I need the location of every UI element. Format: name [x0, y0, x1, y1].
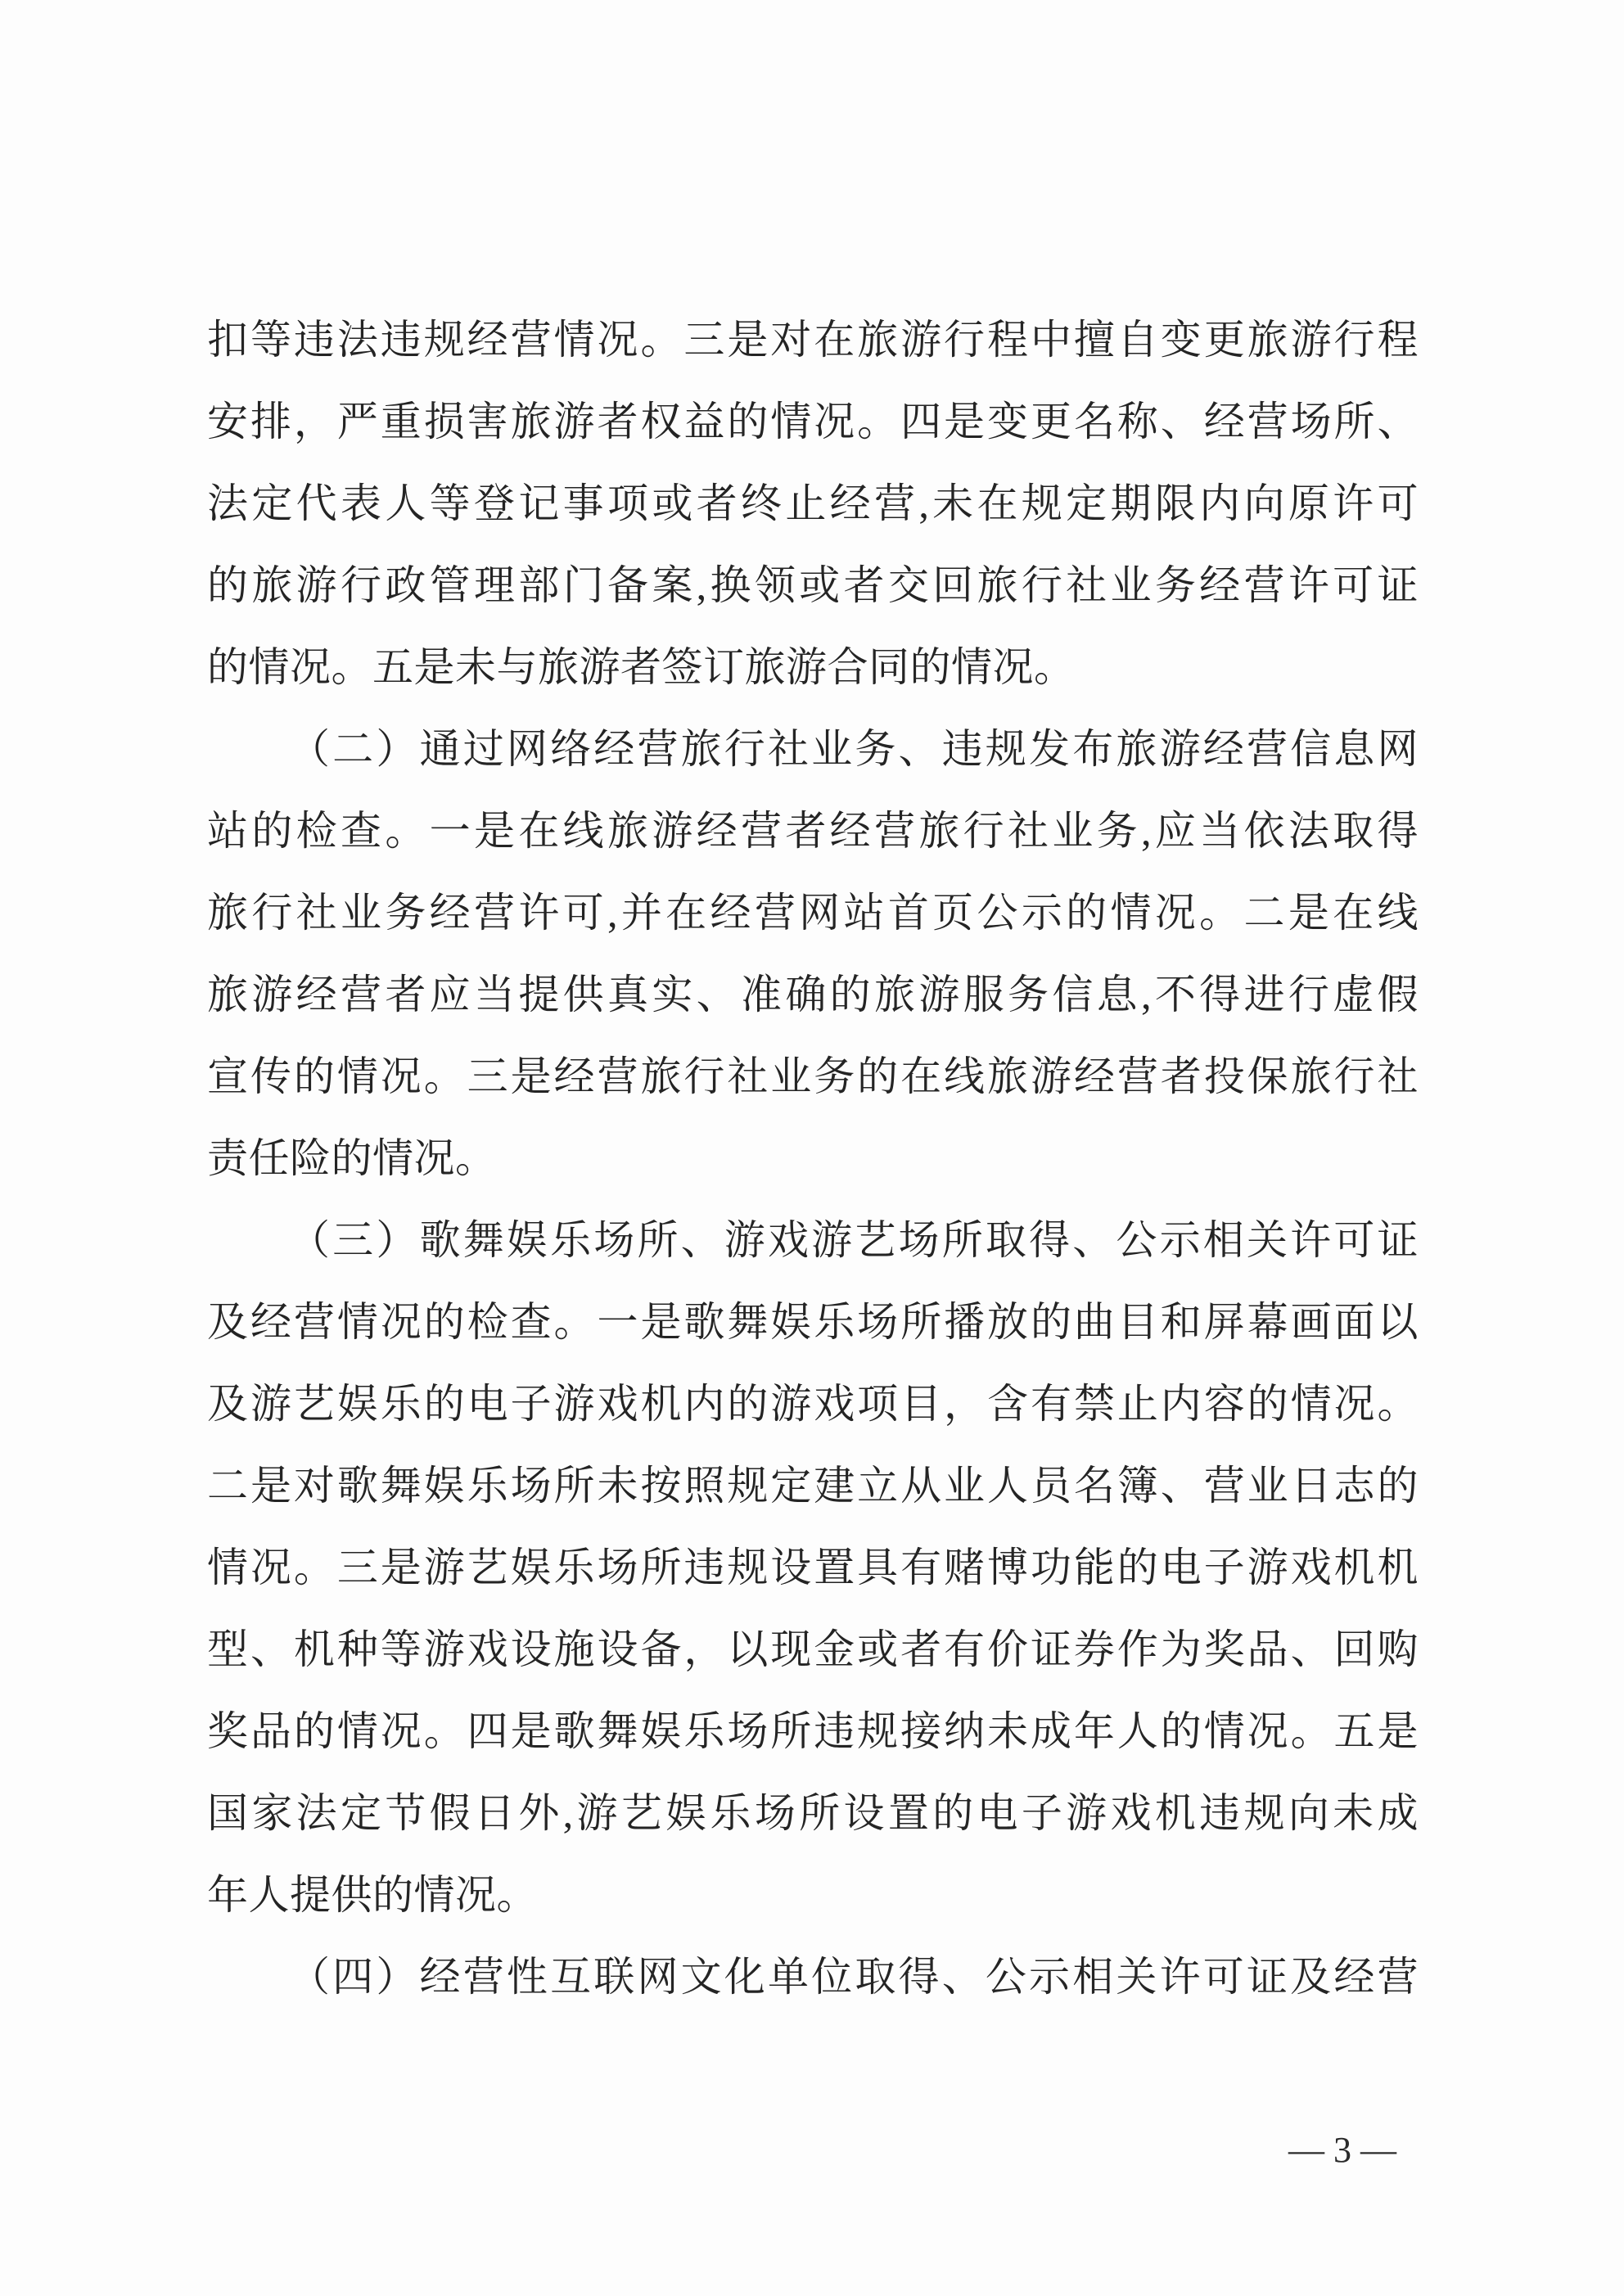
- text-line: 的旅游行政管理部门备案,换领或者交回旅行社业务经营许可证: [207, 544, 1419, 626]
- text-line: （四）经营性互联网文化单位取得、公示相关许可证及经营: [207, 1936, 1419, 2018]
- text-line: 情况。三是游艺娱乐场所违规设置具有赌博功能的电子游戏机机: [207, 1527, 1419, 1608]
- text-line: 站的检查。一是在线旅游经营者经营旅行社业务,应当依法取得: [207, 790, 1419, 872]
- page-number: — 3 —: [1261, 2126, 1424, 2175]
- text-line: 奖品的情况。四是歌舞娱乐场所违规接纳未成年人的情况。五是: [207, 1690, 1419, 1772]
- text-line: （二）通过网络经营旅行社业务、违规发布旅游经营信息网: [207, 708, 1419, 790]
- text-line: 的情况。五是未与旅游者签订旅游合同的情况。: [207, 626, 1419, 708]
- document-body: 扣等违法违规经营情况。三是对在旅游行程中擅自变更旅游行程安排，严重损害旅游者权益…: [207, 299, 1419, 2018]
- document-page: 扣等违法违规经营情况。三是对在旅游行程中擅自变更旅游行程安排，严重损害旅游者权益…: [0, 0, 1624, 2296]
- text-line: 安排，严重损害旅游者权益的情况。四是变更名称、经营场所、: [207, 381, 1419, 462]
- text-line: 二是对歌舞娱乐场所未按照规定建立从业人员名簿、营业日志的: [207, 1445, 1419, 1527]
- text-line: 宣传的情况。三是经营旅行社业务的在线旅游经营者投保旅行社: [207, 1035, 1419, 1117]
- text-line: 法定代表人等登记事项或者终止经营,未在规定期限内向原许可: [207, 462, 1419, 544]
- text-line: 旅行社业务经营许可,并在经营网站首页公示的情况。二是在线: [207, 872, 1419, 954]
- text-line: 责任险的情况。: [207, 1117, 1419, 1199]
- text-line: 型、机种等游戏设施设备，以现金或者有价证券作为奖品、回购: [207, 1608, 1419, 1690]
- text-line: 及游艺娱乐的电子游戏机内的游戏项目，含有禁止内容的情况。: [207, 1363, 1419, 1445]
- text-line: （三）歌舞娱乐场所、游戏游艺场所取得、公示相关许可证: [207, 1199, 1419, 1281]
- text-line: 及经营情况的检查。一是歌舞娱乐场所播放的曲目和屏幕画面以: [207, 1281, 1419, 1363]
- text-line: 国家法定节假日外,游艺娱乐场所设置的电子游戏机违规向未成: [207, 1772, 1419, 1854]
- text-line: 年人提供的情况。: [207, 1854, 1419, 1936]
- text-line: 旅游经营者应当提供真实、准确的旅游服务信息,不得进行虚假: [207, 954, 1419, 1035]
- text-line: 扣等违法违规经营情况。三是对在旅游行程中擅自变更旅游行程: [207, 299, 1419, 381]
